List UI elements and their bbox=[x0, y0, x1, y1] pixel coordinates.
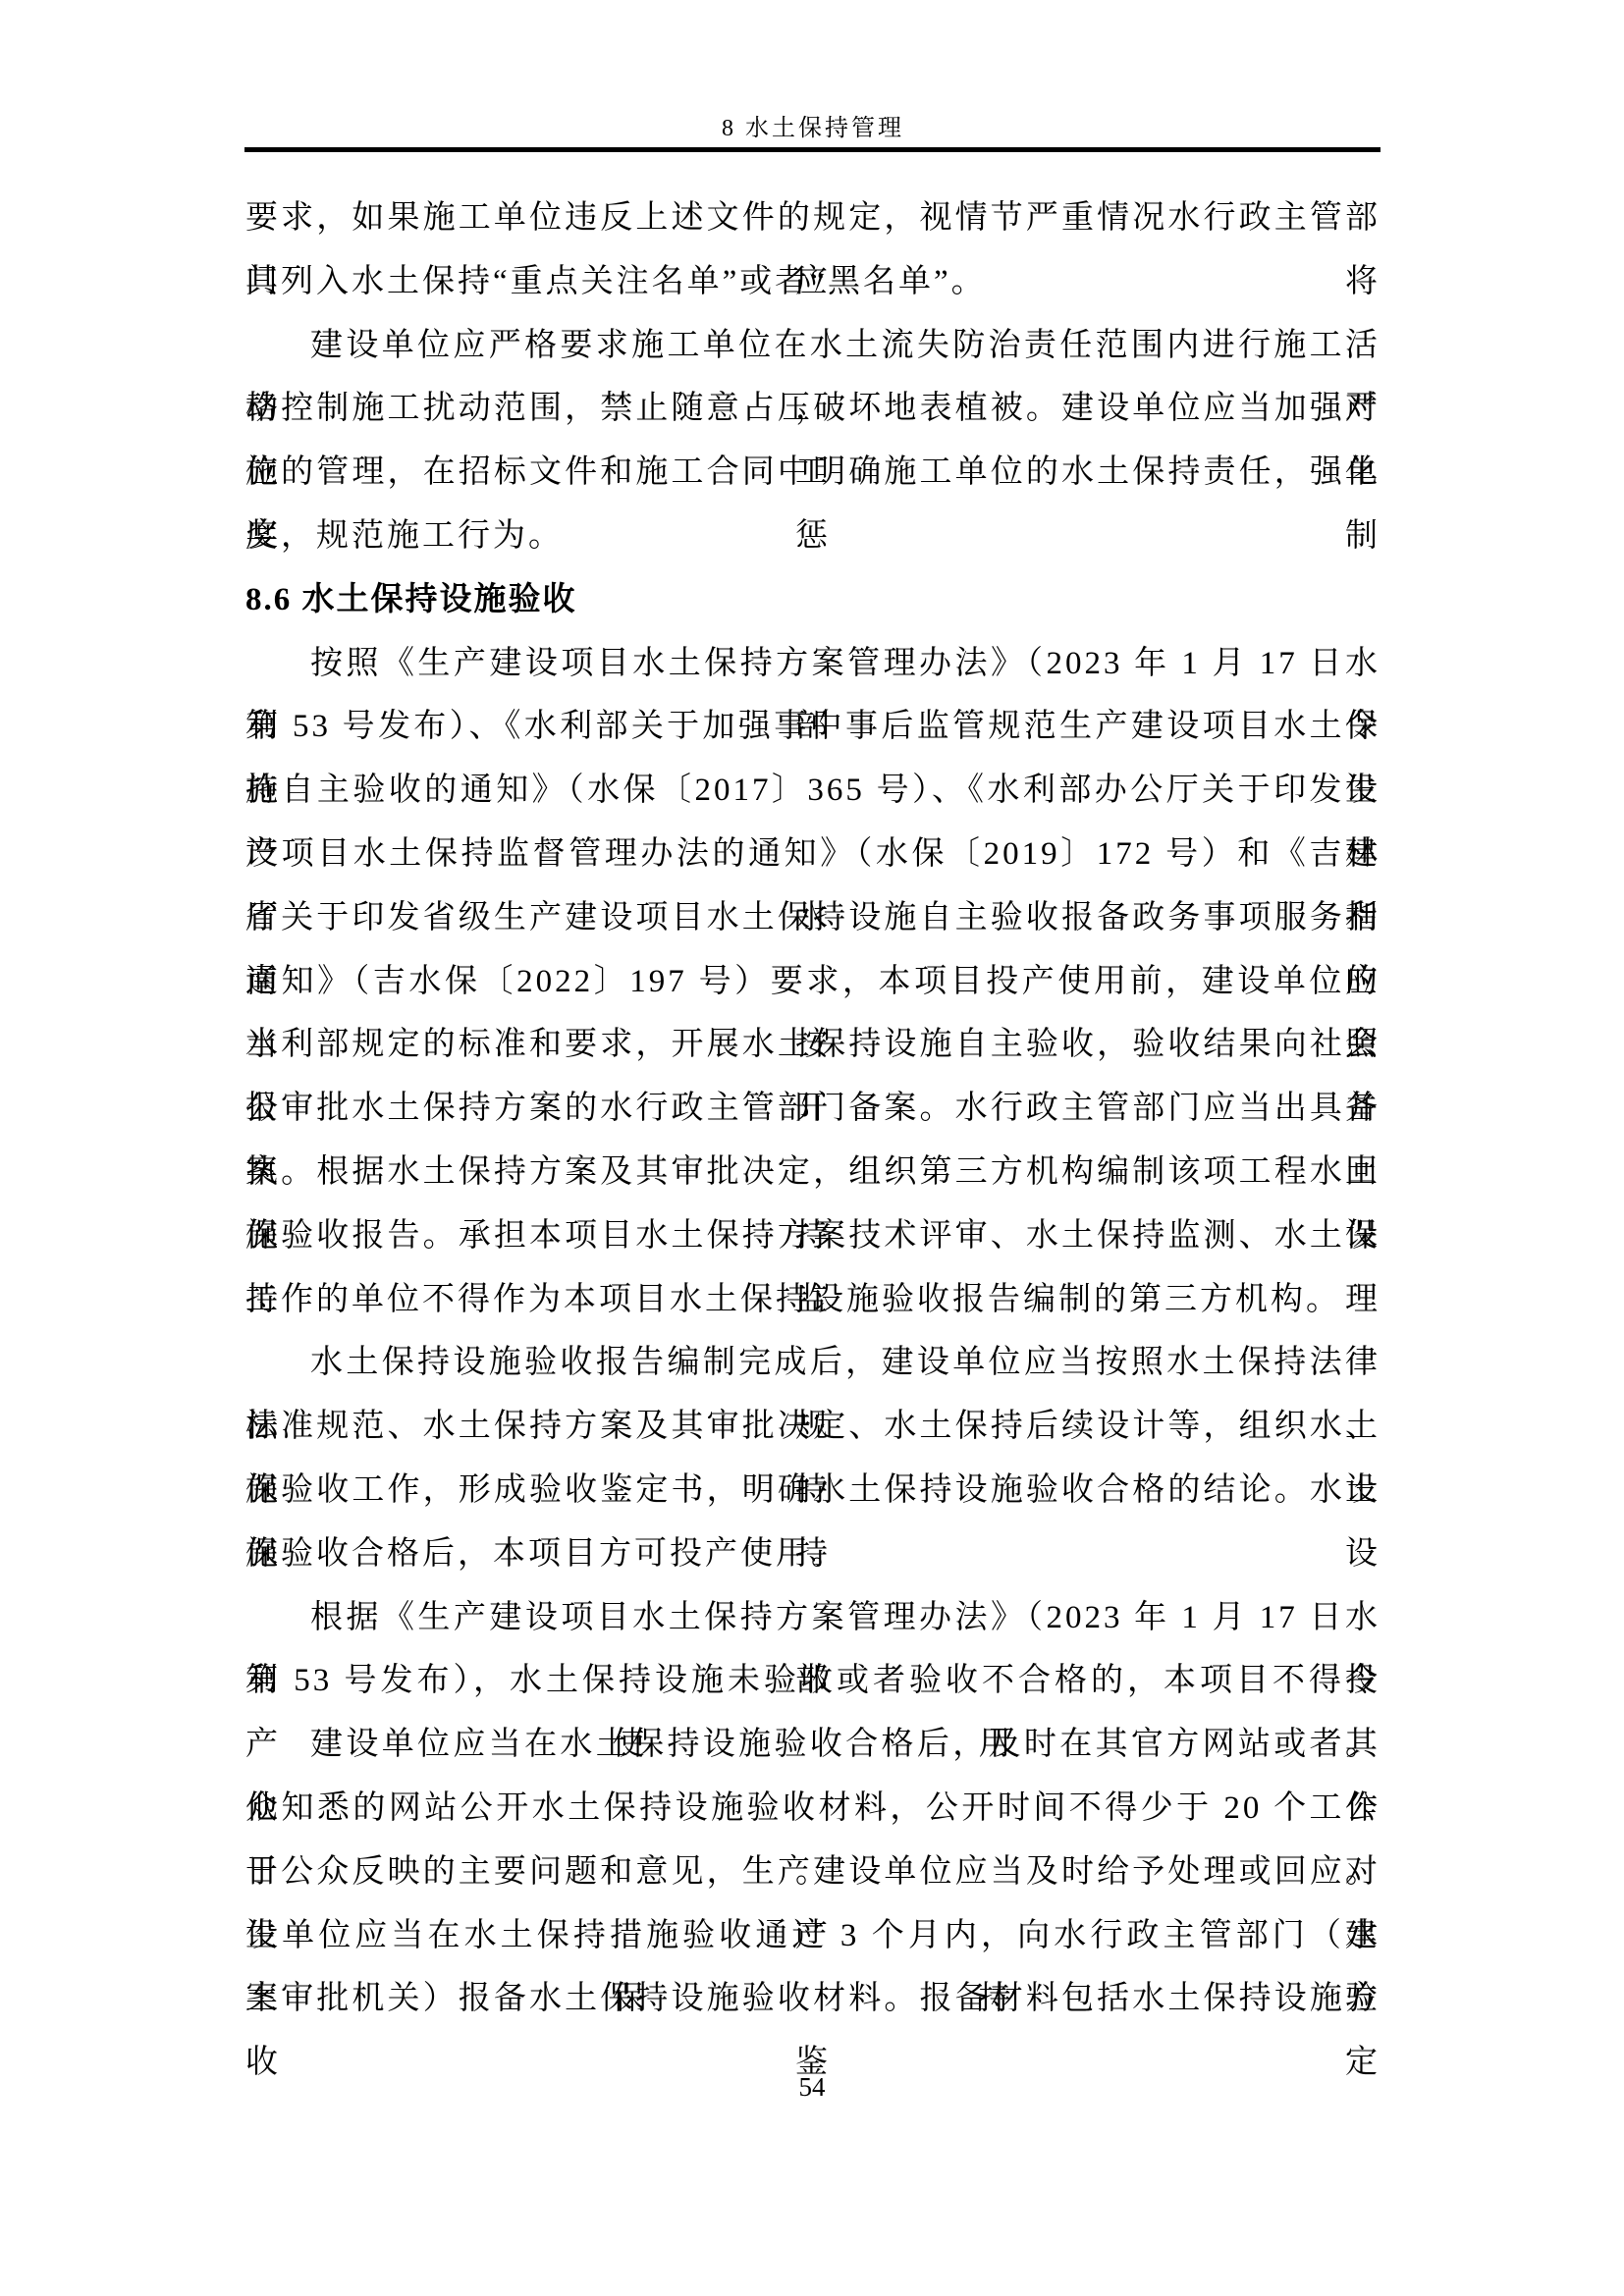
paragraph-line: 水利部规定的标准和要求，开展水土保持设施自主验收，验收结果向社会公开并 bbox=[245, 1013, 1380, 1077]
paragraph-line: 厅关于印发省级生产建设项目水土保持设施自主验收报备政务事项服务指南的 bbox=[245, 886, 1380, 950]
paragraph-line: 根据《生产建设项目水土保持方案管理办法》（2023 年 1 月 17 日水利部令 bbox=[245, 1586, 1380, 1650]
paragraph-line: 执。根据水土保持方案及其审批决定，组织第三方机构编制该项工程水土保持设 bbox=[245, 1141, 1380, 1204]
paragraph-line: 标准规范、水土保持方案及其审批决定、水土保持后续设计等，组织水土保持设 bbox=[245, 1395, 1380, 1459]
paragraph-line: 位的管理，在招标文件和施工合同中明确施工单位的水土保持责任，强化奖惩制 bbox=[245, 441, 1380, 505]
paragraph-line: 施自主验收的通知》（水保〔2017〕365 号）、《水利部办公厅关于印发生产建 bbox=[245, 759, 1380, 823]
paragraph-line: 工作的单位不得作为本项目水土保持设施验收报告编制的第三方机构。 bbox=[245, 1268, 1380, 1332]
paragraph-line: 格控制施工扰动范围，禁止随意占压破坏地表植被。建设单位应当加强对施工单 bbox=[245, 377, 1380, 441]
document-page: 8 水土保持管理 要求，如果施工单位违反上述文件的规定，视情节严重情况水行政主管… bbox=[0, 0, 1624, 2296]
page-number: 54 bbox=[0, 2067, 1624, 2107]
page-header-title: 8 水土保持管理 bbox=[245, 114, 1380, 143]
paragraph-line: 设项目水土保持监督管理办法的通知》（水保〔2019〕172 号）和《吉林省水利 bbox=[245, 823, 1380, 886]
header-divider-rule bbox=[244, 147, 1380, 152]
paragraph-line: 水土保持设施验收报告编制完成后，建设单位应当按照水土保持法律法规、 bbox=[245, 1331, 1380, 1395]
paragraph-line: 设单位应当在水土保持措施验收通过 3 个月内，向水行政主管部门（水土保持方 bbox=[245, 1904, 1380, 1968]
section-heading: 8.6 水土保持设施验收 bbox=[245, 568, 1380, 632]
paragraph-line: 施验收报告。承担本项目水土保持方案技术评审、水土保持监测、水土保持监理 bbox=[245, 1204, 1380, 1268]
paragraph-line: 通知》（吉水保〔2022〕197 号）要求，本项目投产使用前，建设单位应当按照 bbox=[245, 950, 1380, 1014]
paragraph-line: 建设单位应严格要求施工单位在水土流失防治责任范围内进行施工活动，严 bbox=[245, 314, 1380, 378]
paragraph-line: 于公众反映的主要问题和意见，生产建设单位应当及时给予处理或回应。生产建 bbox=[245, 1841, 1380, 1904]
paragraph-line: 报审批水土保持方案的水行政主管部门备案。水行政主管部门应当出具备案回 bbox=[245, 1077, 1380, 1141]
paragraph-line: 建设单位应当在水土保持设施验收合格后，及时在其官方网站或者其他公 bbox=[245, 1713, 1380, 1777]
paragraph-line: 第 53 号发布），水土保持设施未验收或者验收不合格的，本项目不得投产使用。 bbox=[245, 1649, 1380, 1713]
paragraph-line: 施验收工作，形成验收鉴定书，明确水土保持设施验收合格的结论。水土保持设 bbox=[245, 1459, 1380, 1522]
paragraph-line: 众知悉的网站公开水土保持设施验收材料，公开时间不得少于 20 个工作日。对 bbox=[245, 1777, 1380, 1841]
paragraph-line: 第 53 号发布）、《水利部关于加强事中事后监管规范生产建设项目水土保持设 bbox=[245, 695, 1380, 759]
document-body: 要求，如果施工单位违反上述文件的规定，视情节严重情况水行政主管部门应将 其列入水… bbox=[245, 187, 1380, 2031]
paragraph-line: 案审批机关）报备水土保持设施验收材料。报备材料包括水土保持设施验收鉴定 bbox=[245, 1967, 1380, 2031]
paragraph-line: 要求，如果施工单位违反上述文件的规定，视情节严重情况水行政主管部门应将 bbox=[245, 187, 1380, 250]
paragraph-line: 按照《生产建设项目水土保持方案管理办法》（2023 年 1 月 17 日水利部令 bbox=[245, 632, 1380, 696]
